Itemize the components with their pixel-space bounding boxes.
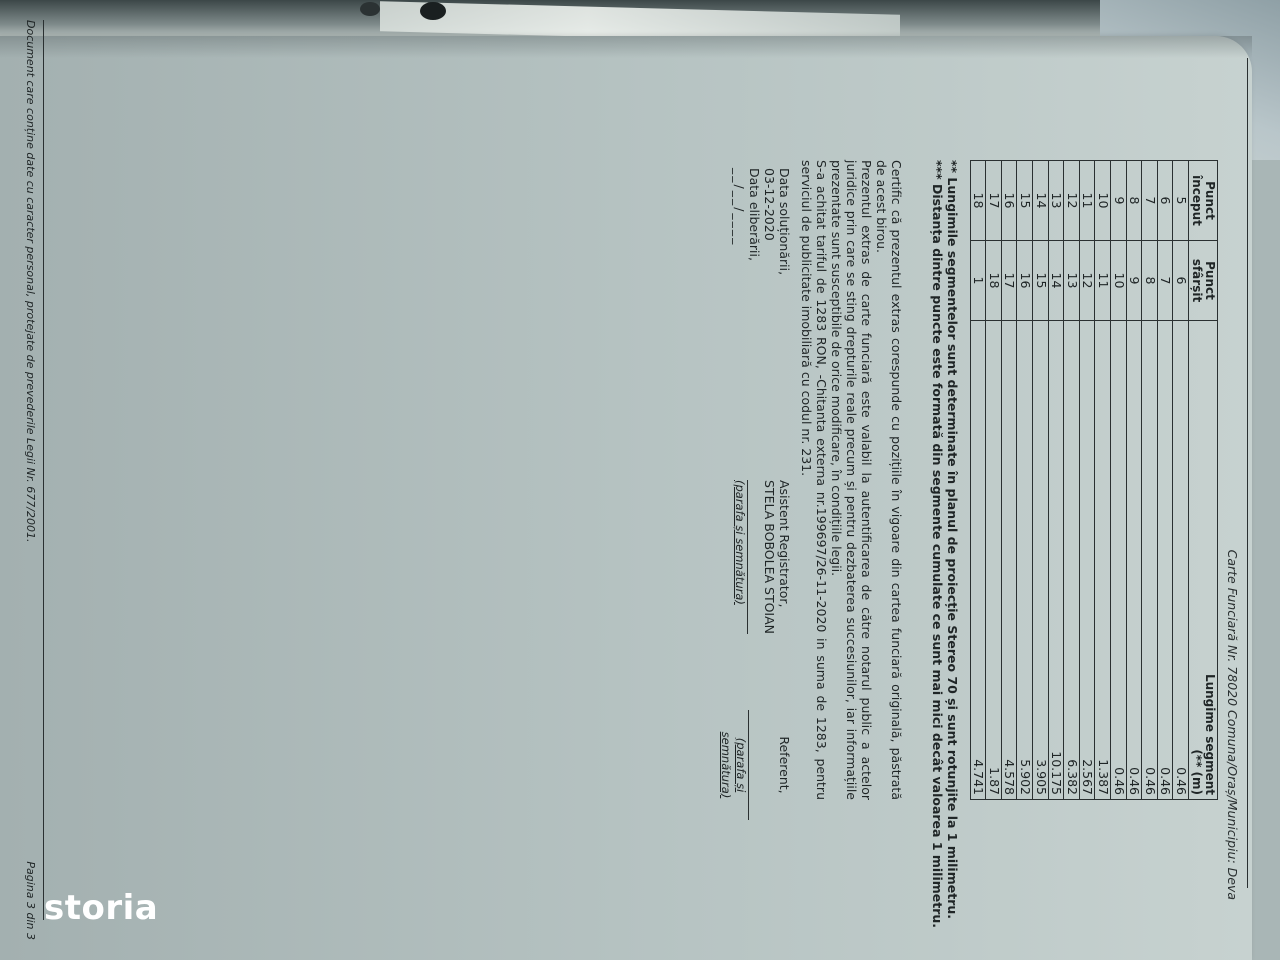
table-row: 17181.87	[986, 161, 1002, 800]
end-point-cell: 15	[1033, 241, 1049, 321]
start-point-cell: 18	[970, 161, 986, 241]
assistant-registrar-block: Asistent Registrator, STELA BOBOLEA STOI…	[732, 480, 792, 634]
segment-length-cell: 6.382	[1064, 321, 1080, 800]
header-rule	[1247, 58, 1248, 888]
table-row: 670.46	[1157, 161, 1173, 800]
cert-paragraph: Prezentul extras de carte funciară este …	[829, 160, 874, 800]
segment-length-cell: 0.46	[1142, 321, 1158, 800]
start-point-cell: 6	[1157, 161, 1173, 241]
segment-length-cell: 4.741	[970, 321, 986, 800]
table-row: 890.46	[1126, 161, 1142, 800]
start-point-cell: 14	[1033, 161, 1049, 241]
segment-length-cell: 1.87	[986, 321, 1002, 800]
start-point-cell: 9	[1111, 161, 1127, 241]
end-point-cell: 9	[1126, 241, 1142, 321]
table-row: 15165.902	[1017, 161, 1033, 800]
dates-block: Data soluționării, 03-12-2020 Data elibe…	[732, 168, 792, 275]
segment-length-cell: 1.387	[1095, 321, 1111, 800]
date-resolved-label: Data soluționării,	[777, 168, 792, 275]
table-row: 131410.175	[1048, 161, 1064, 800]
referent-title: Referent,	[777, 710, 792, 820]
footer-rule	[43, 20, 44, 920]
table-header-row: Punct început Punct sfârșit Lungime segm…	[1189, 161, 1218, 800]
column-header-end: Punct sfârșit	[1189, 241, 1218, 321]
table-row: 1814.741	[970, 161, 986, 800]
end-point-cell: 16	[1017, 241, 1033, 321]
column-header-length: Lungime segment (** (m)	[1189, 321, 1218, 800]
end-point-cell: 10	[1111, 241, 1127, 321]
segment-length-cell: 2.567	[1079, 321, 1095, 800]
end-point-cell: 14	[1048, 241, 1064, 321]
start-point-cell: 8	[1126, 161, 1142, 241]
signature-line	[747, 480, 748, 634]
cert-paragraph: S-a achitat tariful de 1283 RON, -Chitan…	[799, 160, 829, 800]
table-row: 16174.578	[1001, 161, 1017, 800]
segments-table: Punct început Punct sfârșit Lungime segm…	[970, 160, 1218, 800]
segment-length-cell: 10.175	[1048, 321, 1064, 800]
assistant-name: STELA BOBOLEA STOIAN	[762, 480, 777, 634]
land-registry-extract-page: Carte Funciară Nr. 78020 Comuna/Oraș/Mun…	[0, 0, 1280, 960]
table-row: 560.46	[1173, 161, 1189, 800]
end-point-cell: 7	[1157, 241, 1173, 321]
footer-disclaimer: Document care conține date cu caracter p…	[24, 20, 37, 542]
end-point-cell: 17	[1001, 241, 1017, 321]
page-number: Pagina 3 din 3	[24, 861, 37, 940]
start-point-cell: 12	[1064, 161, 1080, 241]
cert-paragraph: Certific că prezentul extras corespunde …	[874, 160, 904, 800]
end-point-cell: 13	[1064, 241, 1080, 321]
end-point-cell: 6	[1173, 241, 1189, 321]
certification-text: Certific că prezentul extras corespunde …	[799, 160, 904, 800]
segment-length-cell: 0.46	[1157, 321, 1173, 800]
segment-length-cell: 0.46	[1111, 321, 1127, 800]
start-point-cell: 17	[986, 161, 1002, 241]
signature-caption: (parafa și semnătura)	[718, 710, 748, 820]
referent-block: Referent, (parafa și semnătura)	[718, 710, 792, 820]
date-issued-blank: __/__/____	[732, 168, 747, 275]
segment-length-cell: 0.46	[1126, 321, 1142, 800]
column-header-start: Punct început	[1189, 161, 1218, 241]
start-point-cell: 5	[1173, 161, 1189, 241]
end-point-cell: 1	[970, 241, 986, 321]
end-point-cell: 8	[1142, 241, 1158, 321]
start-point-cell: 7	[1142, 161, 1158, 241]
assistant-title: Asistent Registrator,	[777, 480, 792, 634]
segments-table-body: 560.46670.46780.46890.469100.4610111.387…	[970, 161, 1188, 800]
table-row: 10111.387	[1095, 161, 1111, 800]
segment-length-cell: 3.905	[1033, 321, 1049, 800]
note-projection: ** Lungimile segmentelor sunt determinat…	[945, 160, 960, 928]
end-point-cell: 12	[1079, 241, 1095, 321]
end-point-cell: 18	[986, 241, 1002, 321]
storia-watermark-logo: storia	[44, 888, 158, 928]
table-row: 14153.905	[1033, 161, 1049, 800]
start-point-cell: 10	[1095, 161, 1111, 241]
start-point-cell: 16	[1001, 161, 1017, 241]
signature-line	[748, 710, 749, 820]
signature-caption: (parafa și semnătura)	[732, 480, 747, 634]
start-point-cell: 13	[1048, 161, 1064, 241]
table-notes: ** Lungimile segmentelor sunt determinat…	[930, 160, 960, 928]
end-point-cell: 11	[1095, 241, 1111, 321]
segment-length-cell: 0.46	[1173, 321, 1189, 800]
start-point-cell: 11	[1079, 161, 1095, 241]
table-row: 9100.46	[1111, 161, 1127, 800]
table-row: 12136.382	[1064, 161, 1080, 800]
header-title: Carte Funciară Nr. 78020 Comuna/Oraș/Mun…	[1225, 550, 1240, 900]
segment-length-cell: 4.578	[1001, 321, 1017, 800]
table-row: 780.46	[1142, 161, 1158, 800]
start-point-cell: 15	[1017, 161, 1033, 241]
note-distance: *** Distanța dintre puncte este formată …	[930, 160, 945, 928]
segment-length-cell: 5.902	[1017, 321, 1033, 800]
date-resolved-value: 03-12-2020	[762, 168, 777, 275]
date-issued-label: Data eliberării,	[747, 168, 762, 275]
table-row: 11122.567	[1079, 161, 1095, 800]
